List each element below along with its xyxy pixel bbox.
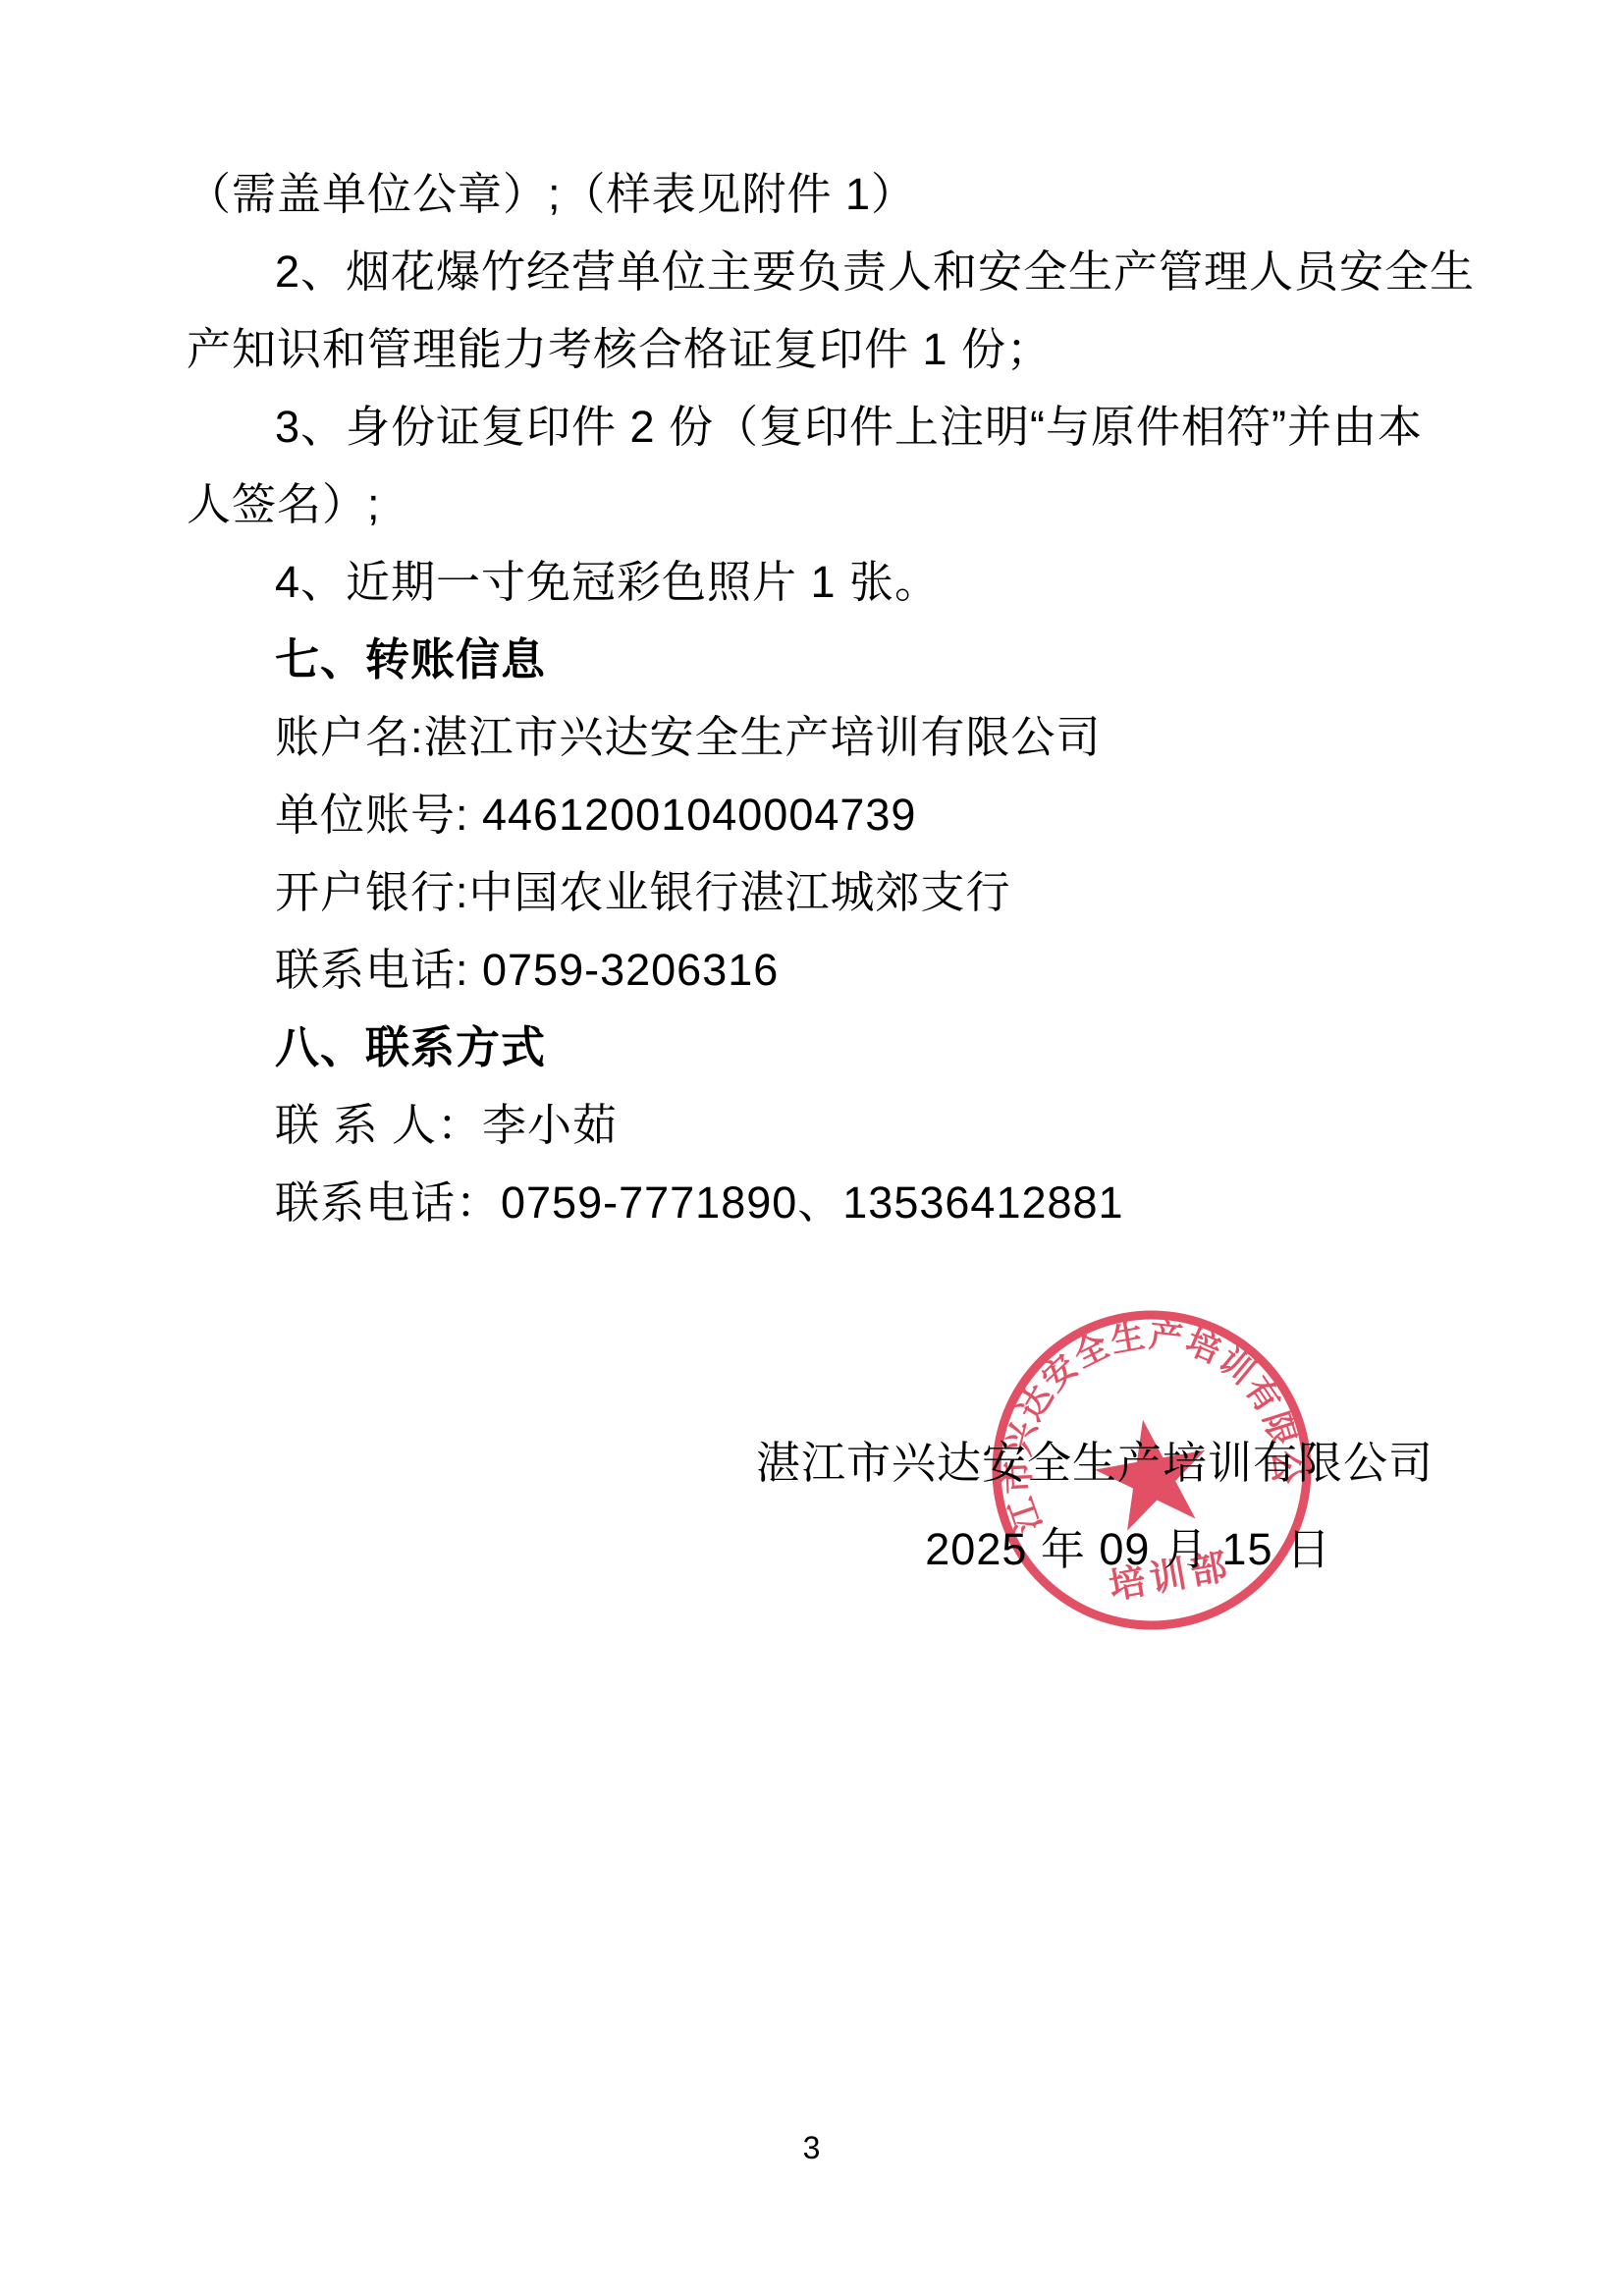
body-line: 产知识和管理能力考核合格证复印件 1 份； — [187, 310, 1443, 388]
bank-branch-line: 开户银行:中国农业银行湛江城郊支行 — [187, 853, 1443, 931]
seal-ring-text: 湛江市兴达安全生产培训有限公司 — [985, 1303, 1310, 1538]
page-number: 3 — [0, 2126, 1623, 2169]
body-line: 人签名）; — [187, 465, 1443, 543]
bank-phone-line: 联系电话: 0759-3206316 — [187, 931, 1443, 1009]
section-heading-transfer-info: 七、转账信息 — [187, 621, 1443, 698]
body-line: 2、烟花爆竹经营单位主要负责人和安全生产管理人员安全生 — [187, 233, 1443, 310]
contact-person-line: 联 系 人：李小茹 — [187, 1086, 1443, 1164]
contact-phone-line: 联系电话：0759-7771890、13536412881 — [187, 1164, 1443, 1241]
document-page: （需盖单位公章）;（样表见附件 1） 2、烟花爆竹经营单位主要负责人和安全生产管… — [0, 0, 1623, 2296]
body-line: 4、近期一寸免冠彩色照片 1 张。 — [187, 543, 1443, 621]
account-number-line: 单位账号: 44612001040004739 — [187, 776, 1443, 853]
section-heading-contact-info: 八、联系方式 — [187, 1009, 1443, 1086]
document-body: （需盖单位公章）;（样表见附件 1） 2、烟花爆竹经营单位主要负责人和安全生产管… — [187, 155, 1443, 1241]
body-line: 3、身份证复印件 2 份（复印件上注明“与原件相符”并由本 — [187, 388, 1443, 465]
body-line: （需盖单位公章）;（样表见附件 1） — [187, 155, 1443, 233]
signature-company: 湛江市兴达安全生产培训有限公司 — [756, 1436, 1434, 1491]
signature-date: 2025 年 09 月 15 日 — [925, 1522, 1331, 1577]
account-name-line: 账户名:湛江市兴达安全生产培训有限公司 — [187, 698, 1443, 776]
